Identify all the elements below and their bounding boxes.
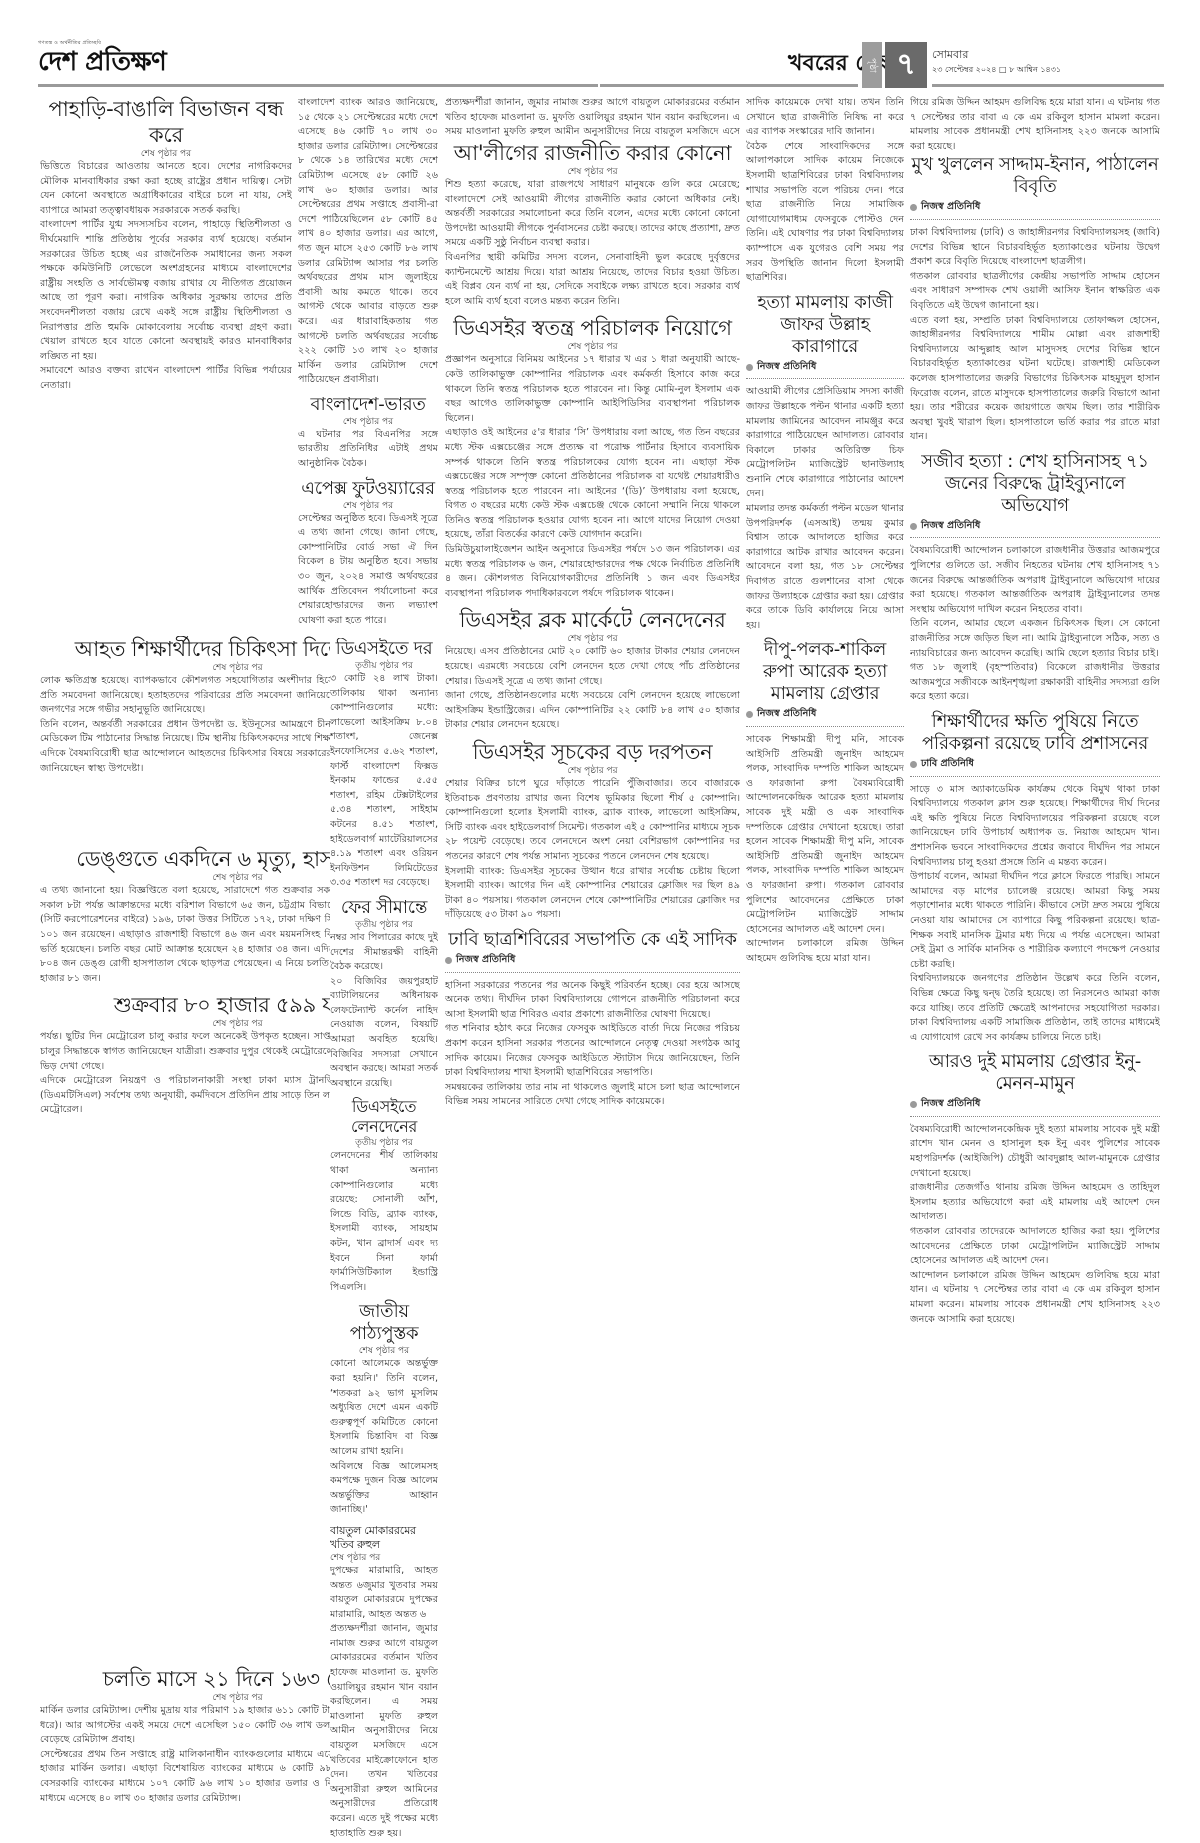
article-dse-block: ডিএসইর ব্লক মার্কেটে লেনদেনের শেষ পৃষ্ঠা… — [445, 607, 740, 733]
masthead-rule-left — [38, 84, 598, 87]
headline[interactable]: জাতীয় পাঠ্যপুস্তক — [330, 1301, 438, 1345]
headline[interactable]: সজীব হত্যা : শেখ হাসিনাসহ ৭১ জনের বিরুদ্… — [910, 451, 1160, 517]
paragraph: সাদিক কায়েমকে দেখা যায়। তখন তিনি সেখান… — [746, 96, 904, 140]
headline[interactable]: ফের সীমান্তে — [330, 897, 438, 919]
headline[interactable]: শিক্ষার্থীদের ক্ষতি পুষিয়ে নিতে পরিকল্প… — [910, 711, 1160, 755]
continued-label: তৃতীয় পৃষ্ঠার পর — [330, 1137, 438, 1149]
article-inu-menon: আরও দুই মামলায় গ্রেপ্তার ইনু-মেনন-মামুন… — [910, 1051, 1160, 1327]
paragraph: লেনদেনের শীর্ষ তালিকায় থাকা অন্যান্য কো… — [330, 1149, 438, 1295]
column-3-narrow: ডিএসইতে দর তৃতীয় পৃষ্ঠার পর ৩ কোটি ২৪ ল… — [330, 638, 438, 1838]
paragraph: প্রজ্ঞাপন অনুসারে বিনিময় আইনের ১৭ ধারার… — [445, 353, 740, 426]
article-dse-director: ডিএসইর স্বতন্ত্র পরিচালক নিয়োগে শেষ পৃষ… — [445, 315, 740, 601]
article-apex: এপেক্স ফুটওয়্যারের শেষ পৃষ্ঠার পর সেপ্ট… — [298, 478, 438, 629]
headline[interactable]: ঢাবি ছাত্রশিবিরের সভাপতি কে এই সাদিক — [445, 929, 740, 951]
byline-text: ঢাবি প্রতিনিধি — [921, 757, 974, 772]
logo-block: গণতন্ত্র ও অর্থনীতির প্রতিচ্ছবি দেশ প্রত… — [38, 40, 166, 76]
paragraph: ঢাকা বিশ্ববিদ্যালয় (ঢাবি) ও জাহাঙ্গীরনগ… — [910, 226, 1160, 270]
headline[interactable]: ডিএসইর ব্লক মার্কেটে লেনদেনের — [445, 607, 740, 633]
paragraph: বৈষম্যবিরোধী আন্দোলনকেন্দ্রিক দুই হত্যা … — [910, 1123, 1160, 1181]
masthead-rule-right — [932, 84, 1164, 87]
paragraph: গত শনিবার হঠাৎ করে নিজের ফেসবুক আইডিতে ব… — [445, 1022, 740, 1080]
article-dse-price: ডিএসইতে দর তৃতীয় পৃষ্ঠার পর ৩ কোটি ২৪ ল… — [330, 638, 438, 891]
article-shibir: ঢাবি ছাত্রশিবিরের সভাপতি কে এই সাদিক নিজ… — [445, 929, 740, 1110]
paragraph: গতকাল রোববার তাদেরকে আদালতে হাজির করা হয… — [910, 1225, 1160, 1269]
paragraph: বিএনপির স্থায়ী কমিটির সদস্য বলেন, সেনাব… — [445, 251, 740, 309]
column-middle: প্রত্যক্ষদর্শীরা জানান, জুমার নামাজ শুরু… — [445, 96, 740, 1841]
continued-label: শেষ পৃষ্ঠার পর — [330, 1345, 438, 1357]
byline: নিজস্ব প্রতিনিধি — [910, 517, 1160, 539]
continued-label: শেষ পৃষ্ঠার পর — [445, 765, 740, 777]
article-baitul: বায়তুল মোকাররমের খতিব রুহুল শেষ পৃষ্ঠার… — [330, 1524, 438, 1838]
bullet-icon — [445, 957, 452, 964]
paragraph: এতে বলা হয়, সম্প্রতি ঢাকা বিশ্ববিদ্যালয… — [910, 314, 1160, 445]
byline-text: নিজস্ব প্রতিনিধি — [757, 707, 816, 722]
byline-text: নিজস্ব প্রতিনিধি — [456, 953, 515, 968]
paragraph: নিয়েছে। এসব প্রতিষ্ঠানের মোট ২০ কোটি ৬০… — [445, 645, 740, 689]
paragraph: হাসিনা সরকারের পতনের পর অনেক কিছুই পরিবর… — [445, 979, 740, 1023]
headline[interactable]: বায়তুল মোকাররমের খতিব রুহুল — [330, 1524, 438, 1552]
article-saddam: মুখ খুললেন সাদ্দাম-ইনান, পাঠালেন বিবৃতি … — [910, 154, 1160, 445]
paragraph: গত ১৮ জুলাই (বৃহস্পতিবার) বিকেলে রাজধানী… — [910, 661, 1160, 705]
headline[interactable]: ডিএসইর স্বতন্ত্র পরিচালক নিয়োগে — [445, 315, 740, 341]
paragraph: জানা গেছে, প্রতিষ্ঠানগুলোর মধ্যে সবচেয়ে… — [445, 689, 740, 733]
byline: নিজস্ব প্রতিনিধি — [746, 358, 904, 380]
byline: নিজস্ব প্রতিনিধি — [910, 198, 1160, 220]
paragraph: উপাচার্য বলেন, আমরা দীর্ঘদিন পরে ক্লাসে … — [910, 870, 1160, 972]
article-pahari: পাহাড়ি-বাঙালি বিভাজন বন্ধ করে শেষ পৃষ্ঠ… — [40, 96, 292, 394]
article-bd-india: বাংলাদেশ-ভারত শেষ পৃষ্ঠার পর এ ঘটনার পর … — [298, 394, 438, 472]
paragraph: বৈষম্যবিরোধী আন্দোলন চলাকালে রাজধানীর উত… — [910, 544, 1160, 617]
headline[interactable]: ডিএসইর সূচকের বড় দরপতন — [445, 739, 740, 765]
bullet-icon — [910, 523, 917, 530]
article-du-plan: শিক্ষার্থীদের ক্ষতি পুষিয়ে নিতে পরিকল্প… — [910, 711, 1160, 1045]
byline: ঢাবি প্রতিনিধি — [910, 755, 1160, 777]
paragraph: দুপক্ষের মারামারি, আহত অন্তত ৬জুমার খুতব… — [330, 1564, 438, 1622]
bullet-icon — [910, 1101, 917, 1108]
article-border: ফের সীমান্তে তৃতীয় পৃষ্ঠার পর নম্বর সাব… — [330, 897, 438, 1092]
column-right: গিয়ে রমিজ উদ্দিন আহমদ গুলিবিদ্ধ হয়ে মা… — [910, 96, 1160, 1841]
paragraph: শেয়ার বিক্রির চাপে ঘুরে দাঁড়াতে পারেনি… — [445, 777, 740, 865]
paragraph: ২০ বিজিবির জয়পুরহাট ব্যাটালিয়নের অধিনা… — [330, 975, 438, 1092]
paragraph: রাজধানীর তেজগাঁও থানায় রমিজ উদ্দিন আহমে… — [910, 1181, 1160, 1225]
continued-label: শেষ পৃষ্ঠার পর — [298, 416, 438, 428]
headline[interactable]: মুখ খুললেন সাদ্দাম-ইনান, পাঠালেন বিবৃতি — [910, 154, 1160, 198]
paragraph: সাড়ে ৩ মাস অ্যাকাডেমিক কার্যক্রম থেকে ব… — [910, 783, 1160, 871]
headline[interactable]: আ'লীগের রাজনীতি করার কোনো — [445, 140, 740, 166]
paragraph: বাংলাদেশ পার্টির যুগ্ম সদস্যসচিব বলেন, প… — [40, 218, 292, 364]
newspaper-logo[interactable]: দেশ প্রতিক্ষণ — [38, 48, 166, 76]
continued-label: তৃতীয় পৃষ্ঠার পর — [330, 660, 438, 672]
article-dipu-moni: দীপু-পলক-শাকিল রুপা আরেক হত্যা মামলায় গ… — [746, 639, 904, 966]
paragraph: বিশ্ববিদ্যালয়কে জনগণের প্রতিষ্ঠান উল্লে… — [910, 972, 1160, 1045]
paragraph: গিয়ে রমিজ উদ্দিন আহমদ গুলিবিদ্ধ হয়ে মা… — [910, 96, 1160, 154]
paragraph: নম্বর সাব পিলারের কাছে দুই দেশের সীমান্ত… — [330, 931, 438, 975]
bullet-icon — [746, 711, 753, 718]
paragraph: শিশু হত্যা করেছে, যারা রাজপথে সাধারণ মান… — [445, 178, 740, 251]
paragraph: সাবেক শিক্ষামন্ত্রী দীপু মনি, সাবেক আইসি… — [746, 733, 904, 937]
masthead-rule-mid — [600, 84, 858, 87]
masthead: গণতন্ত্র ও অর্থনীতির প্রতিচ্ছবি দেশ প্রত… — [0, 0, 1200, 90]
continued-label: শেষ পৃষ্ঠার পর — [445, 341, 740, 353]
paragraph: প্রত্যক্ষদর্শীরা জানান, জুমার নামাজ শুরু… — [330, 1622, 438, 1838]
byline-text: নিজস্ব প্রতিনিধি — [757, 360, 816, 375]
page-label: পৃষ্ঠা — [862, 42, 882, 88]
article-sadik-side: সাদিক কায়েমকে দেখা যায়। তখন তিনি সেখান… — [746, 96, 904, 286]
article-dse-turnover: ডিএসইতে লেনদেনের তৃতীয় পৃষ্ঠার পর লেনদে… — [330, 1097, 438, 1295]
headline[interactable]: আরও দুই মামলায় গ্রেপ্তার ইনু-মেনন-মামুন — [910, 1051, 1160, 1095]
paragraph: আন্দোলন চলাকালে রমিজ উদ্দিন আহমেদ গুলিবি… — [746, 937, 904, 966]
headline[interactable]: বাংলাদেশ-ভারত — [298, 394, 438, 416]
paragraph: এ ঘটনার পর বিএনপির সঙ্গে ভারতীয় প্রতিনি… — [298, 428, 438, 472]
article-awami-politics: আ'লীগের রাজনীতি করার কোনো শেষ পৃষ্ঠার পর… — [445, 140, 740, 309]
paragraph: কোনো আলেমকে অন্তর্ভুক্ত করা হয়নি।' তিনি… — [330, 1357, 438, 1459]
paragraph: তিনি বলেন, আমার ছেলে একজন চিকিৎসক ছিল। স… — [910, 617, 1160, 661]
paragraph: ভিত্তিতে বিচারের আওতায় আনতে হবে। দেশের … — [40, 160, 292, 218]
date-full: ২৩ সেপ্টেম্বর ২০২৪ □ ৮ আশ্বিন ১৪৩১ — [932, 64, 1061, 77]
headline[interactable]: ডিএসইতে লেনদেনের — [330, 1097, 438, 1137]
paragraph: বাংলাদেশ ব্যাংক আরও জানিয়েছে, ১৫ থেকে ২… — [298, 96, 438, 388]
byline-text: নিজস্ব প্রতিনিধি — [921, 200, 980, 215]
article-sajib: সজীব হত্যা : শেখ হাসিনাসহ ৭১ জনের বিরুদ্… — [910, 451, 1160, 705]
bullet-icon — [910, 761, 917, 768]
date-day: সোমবার — [932, 46, 968, 65]
paragraph: ইসলামী ব্যাংক: ডিএসইর সূচকের উত্থান ধরে … — [445, 865, 740, 923]
byline: নিজস্ব প্রতিনিধি — [746, 705, 904, 727]
headline[interactable]: এপেক্স ফুটওয়্যারের — [298, 478, 438, 500]
paragraph: গতকাল রোববার ছাত্রলীগের কেন্দ্রীয় সভাপত… — [910, 270, 1160, 314]
paragraph: বৈঠক শেষে সাংবাদিকদের সঙ্গে আলাপকালে সাদ… — [746, 140, 904, 286]
byline: নিজস্ব প্রতিনিধি — [445, 951, 740, 973]
page-number: ৭ — [885, 42, 927, 88]
bullet-icon — [910, 204, 917, 211]
paragraph: সেপ্টেম্বর অনুষ্ঠিত হবে। ডিএসই সূত্রে এ … — [298, 512, 438, 629]
column-4: সাদিক কায়েমকে দেখা যায়। তখন তিনি সেখান… — [746, 96, 904, 1841]
paragraph: অবিলম্বে বিজ্ঞ আলেমসহ কমপক্ষে দুজন বিজ্ঞ… — [330, 1460, 438, 1518]
bullet-icon — [746, 364, 753, 371]
paragraph: ডিমিউচুয়ালাইজেশন আইন অনুসারে ডিএসইর পর্… — [445, 543, 740, 601]
article-remittance-side: বাংলাদেশ ব্যাংক আরও জানিয়েছে, ১৫ থেকে ২… — [298, 96, 438, 388]
continued-label: শেষ পৃষ্ঠার পর — [445, 633, 740, 645]
paragraph: ৩ কোটি ২৪ লাখ টাকা। তালিকায় থাকা অন্যান… — [330, 672, 438, 891]
paragraph: প্রত্যক্ষদর্শীরা জানান, জুমার নামাজ শুরু… — [445, 96, 740, 140]
headline[interactable]: ডিএসইতে দর — [330, 638, 438, 660]
paragraph: মামলার তদন্ত কর্মকর্তা পল্টন মডেল থানার … — [746, 502, 904, 633]
continued-label: শেষ পৃষ্ঠার পর — [330, 1552, 438, 1564]
column-2-top: বাংলাদেশ ব্যাংক আরও জানিয়েছে, ১৫ থেকে ২… — [298, 96, 438, 632]
paragraph: সমাবেশে আরও বক্তব্য রাখেন বাংলাদেশ পার্ট… — [40, 364, 292, 393]
article-kazi-zafar: হত্যা মামলায় কাজী জাফর উল্লাহ কারাগারে … — [746, 292, 904, 634]
continued-label: শেষ পৃষ্ঠার পর — [445, 166, 740, 178]
headline[interactable]: পাহাড়ি-বাঙালি বিভাজন বন্ধ করে — [40, 96, 292, 148]
article-textbook: জাতীয় পাঠ্যপুস্তক শেষ পৃষ্ঠার পর কোনো আ… — [330, 1301, 438, 1518]
continued-label: শেষ পৃষ্ঠার পর — [298, 500, 438, 512]
paragraph: আওয়ামী লীগের প্রেসিডিয়াম সদস্য কাজী জা… — [746, 385, 904, 502]
byline-text: নিজস্ব প্রতিনিধি — [921, 1097, 980, 1112]
paragraph: এছাড়াও ওই আইনের ৫'র ধারার ‘সি’ উপধারায়… — [445, 426, 740, 543]
article-dse-index: ডিএসইর সূচকের বড় দরপতন শেষ পৃষ্ঠার পর শ… — [445, 739, 740, 923]
paragraph: সমন্বয়কের তালিকায় তার নাম না থাকলেও জু… — [445, 1081, 740, 1110]
headline[interactable]: হত্যা মামলায় কাজী জাফর উল্লাহ কারাগারে — [746, 292, 904, 358]
byline-text: নিজস্ব প্রতিনিধি — [921, 519, 980, 534]
headline[interactable]: দীপু-পলক-শাকিল রুপা আরেক হত্যা মামলায় গ… — [746, 639, 904, 705]
paragraph: আন্দোলন চলাকালে রমিজ উদ্দিন আহমেদ গুলিবি… — [910, 1269, 1160, 1327]
byline: নিজস্ব প্রতিনিধি — [910, 1095, 1160, 1117]
continued-label: তৃতীয় পৃষ্ঠার পর — [330, 919, 438, 931]
continued-label: শেষ পৃষ্ঠার পর — [40, 148, 292, 160]
